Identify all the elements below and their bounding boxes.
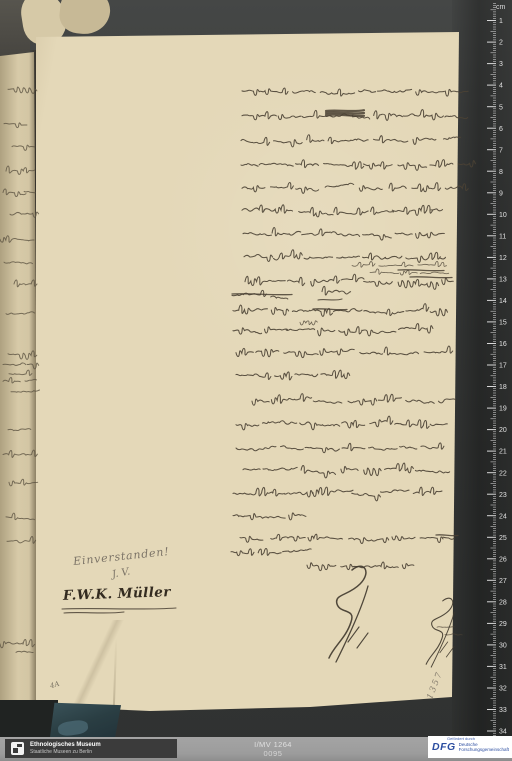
background-dark-corner <box>0 700 58 737</box>
footer-bar: Ethnologisches Museum Staatliche Museen … <box>0 737 512 761</box>
paper-crease <box>62 620 132 708</box>
dfg-full-name: Deutsche Forschungsgemeinschaft <box>459 742 505 753</box>
archival-scan-viewport: cm 1234567891011121314151617181920212223… <box>0 0 512 761</box>
dfg-logo: Gefördert durch DFG Deutsche Forschungsg… <box>428 736 512 758</box>
dfg-logo-row: DFG Deutsche Forschungsgemeinschaft <box>432 742 510 753</box>
background-shadow <box>452 0 512 737</box>
dfg-acronym: DFG <box>432 742 456 753</box>
